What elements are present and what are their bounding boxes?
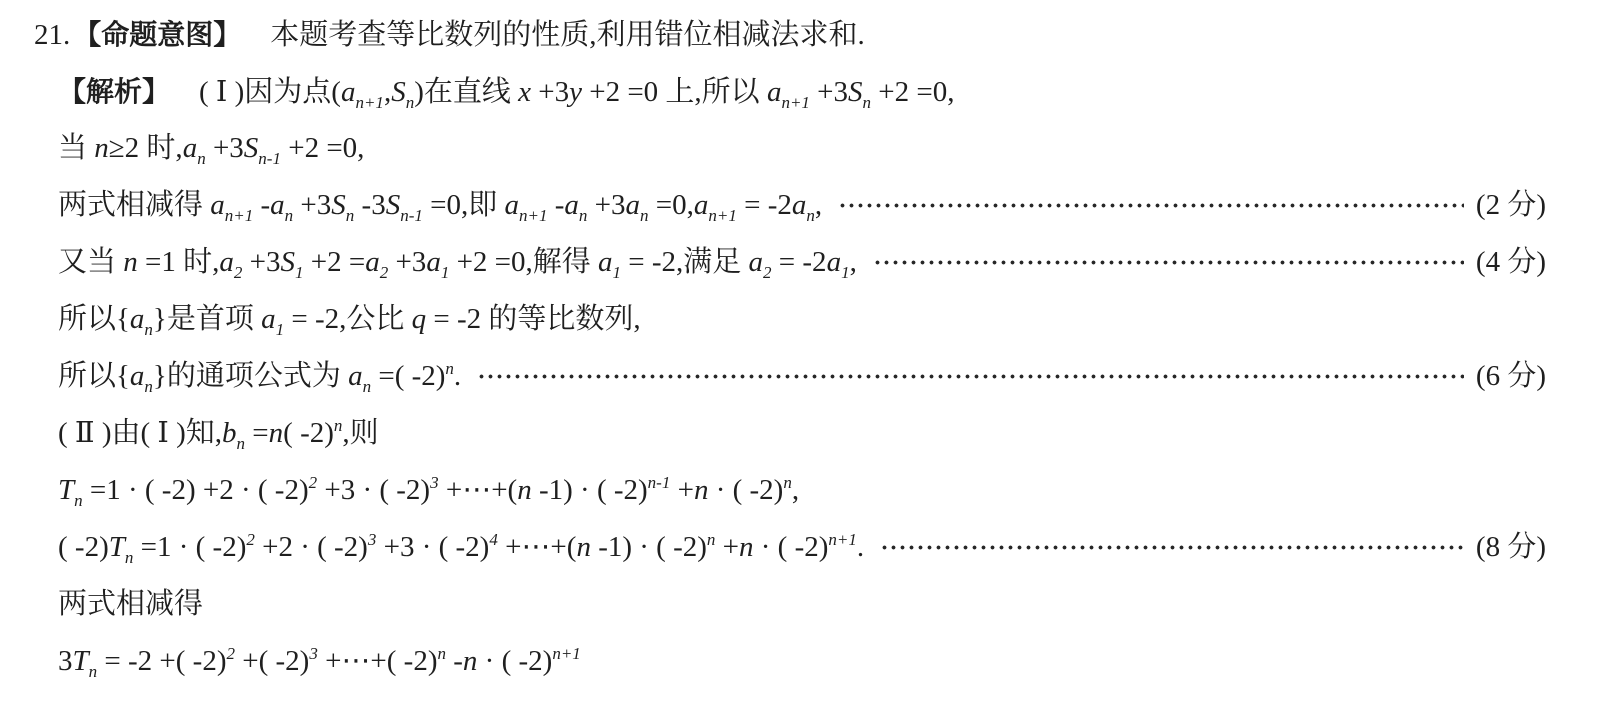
text-run: = -2 bbox=[772, 234, 827, 291]
text-run: a bbox=[426, 234, 441, 291]
text-run: -3 bbox=[354, 177, 385, 234]
text-run: )在直线 bbox=[414, 64, 518, 121]
text-run: a bbox=[219, 234, 234, 291]
text-run: +3 bbox=[810, 64, 848, 121]
text-run: ≥2 时, bbox=[109, 120, 183, 177]
text-run: = -2,满足 bbox=[621, 234, 749, 291]
text-run: n bbox=[576, 519, 591, 576]
text-run: a bbox=[564, 177, 579, 234]
text-run: · ( -2) bbox=[754, 519, 829, 576]
text-run: a bbox=[767, 64, 782, 121]
text-run: n bbox=[739, 519, 754, 576]
text-run: +⋯+( -2) bbox=[318, 633, 438, 690]
text-run: +( -2) bbox=[235, 633, 309, 690]
text-run: -1) · ( -2) bbox=[532, 462, 648, 519]
text-run: 本题考查等比数列的性质,利用错位相减法求和. bbox=[241, 7, 865, 64]
text-run: T bbox=[58, 462, 74, 519]
text-run: ( Ⅱ )由( Ⅰ )知, bbox=[58, 405, 222, 462]
text-run: T bbox=[109, 519, 125, 576]
text-run: a bbox=[365, 234, 380, 291]
text-run: }的通项公式为 bbox=[153, 348, 348, 405]
text-run: = bbox=[245, 405, 269, 462]
text-run: a bbox=[270, 177, 285, 234]
text-run: = -2 bbox=[737, 177, 792, 234]
text-run: +3 bbox=[531, 64, 569, 121]
text-run: T bbox=[73, 633, 89, 690]
text-run: =1 · ( -2) bbox=[133, 519, 246, 576]
text-run: a bbox=[341, 64, 356, 121]
text-run: a bbox=[827, 234, 842, 291]
line-n-equals-1: 又当 n =1 时,a2 +3S1 +2 =a2 +3a1 +2 =0,解得 a… bbox=[58, 234, 1546, 291]
text-run: S bbox=[244, 120, 259, 177]
text-run: b bbox=[222, 405, 237, 462]
text-run: S bbox=[386, 177, 401, 234]
line-subtract-again: 两式相减得 bbox=[58, 576, 1546, 633]
text-run: - bbox=[547, 177, 564, 234]
text-run: · ( -2) bbox=[477, 633, 552, 690]
text-run: S bbox=[331, 177, 346, 234]
text-run: +2 =0, bbox=[281, 120, 364, 177]
text-run: . bbox=[857, 519, 864, 576]
text-run: a bbox=[598, 234, 613, 291]
text-run: ,则 bbox=[342, 405, 378, 462]
text-run: +2 = bbox=[303, 234, 365, 291]
text-run: +3 · ( -2) bbox=[376, 519, 489, 576]
solution-document: 21.【命题意图】 本题考查等比数列的性质,利用错位相减法求和.【解析】 ( Ⅰ… bbox=[0, 0, 1622, 706]
text-run: , bbox=[384, 64, 391, 121]
line-topic-intent: 21.【命题意图】 本题考查等比数列的性质,利用错位相减法求和. bbox=[58, 6, 1546, 63]
text-run: 当 bbox=[58, 120, 94, 177]
text-run: n bbox=[269, 405, 284, 462]
text-run: . bbox=[454, 348, 461, 405]
text-run: a bbox=[749, 234, 764, 291]
line-part2-intro: ( Ⅱ )由( Ⅰ )知,bn =n( -2)n,则 bbox=[58, 405, 1546, 462]
text-run: - bbox=[446, 633, 463, 690]
text-run: +2 · ( -2) bbox=[255, 519, 368, 576]
text-run: +2 =0,解得 bbox=[449, 234, 598, 291]
section-label: 【命题意图】 bbox=[73, 6, 241, 63]
score-badge: (2 分) bbox=[1476, 177, 1546, 234]
text-run: n bbox=[94, 120, 109, 177]
text-run: =1 · ( -2) +2 · ( -2) bbox=[83, 462, 309, 519]
text-run: a bbox=[261, 291, 276, 348]
text-run: · ( -2) bbox=[708, 462, 783, 519]
text-run: =0,即 bbox=[423, 177, 505, 234]
text-run: 所以{ bbox=[58, 291, 130, 348]
text-run: + bbox=[715, 519, 739, 576]
text-run: +2 =0, bbox=[871, 64, 954, 121]
line-n-geq-2: 当 n≥2 时,an +3Sn-1 +2 =0, bbox=[58, 120, 1546, 177]
problem-number: 21. bbox=[34, 7, 70, 64]
dot-leader bbox=[873, 259, 1464, 266]
text-run: 3 bbox=[58, 633, 73, 690]
text-run: 两式相减得 bbox=[58, 576, 203, 633]
text-run: 两式相减得 bbox=[58, 177, 210, 234]
text-run: +3 bbox=[206, 120, 244, 177]
line-general-term: 所以{an}的通项公式为 an =( -2)n.(6 分) bbox=[58, 348, 1546, 405]
text-run: +3 bbox=[293, 177, 331, 234]
text-run: +⋯+( bbox=[439, 462, 518, 519]
line-subtract-recurrence: 两式相减得 an+1 -an +3Sn -3Sn-1 =0,即 an+1 -an… bbox=[58, 177, 1546, 234]
text-run: a bbox=[792, 177, 807, 234]
text-run: ( -2) bbox=[58, 519, 109, 576]
text-run: =1 时, bbox=[138, 234, 220, 291]
line-geometric-sequence: 所以{an}是首项 a1 = -2,公比 q = -2 的等比数列, bbox=[58, 291, 1546, 348]
line-analysis-part1: 【解析】 ( Ⅰ )因为点(an+1,Sn)在直线 x +3y +2 =0 上,… bbox=[58, 63, 1546, 120]
text-run: q bbox=[412, 291, 427, 348]
line-3Tn-result: 3Tn = -2 +( -2)2 +( -2)3 +⋯+( -2)n -n · … bbox=[58, 633, 1546, 690]
text-run: a bbox=[504, 177, 519, 234]
text-run: a bbox=[210, 177, 225, 234]
text-run: y bbox=[569, 64, 582, 121]
text-run: a bbox=[348, 348, 363, 405]
text-run: = -2 +( -2) bbox=[97, 633, 226, 690]
text-run: n bbox=[463, 633, 478, 690]
text-run: a bbox=[626, 177, 641, 234]
text-run: a bbox=[130, 291, 145, 348]
text-run: n bbox=[517, 462, 532, 519]
text-run: +3 bbox=[388, 234, 426, 291]
text-run: +3 · ( -2) bbox=[317, 462, 430, 519]
score-badge: (8 分) bbox=[1476, 519, 1546, 576]
text-run: = -2 的等比数列, bbox=[426, 291, 641, 348]
line-Tn-expansion: Tn =1 · ( -2) +2 · ( -2)2 +3 · ( -2)3 +⋯… bbox=[58, 462, 1546, 519]
text-run: - bbox=[253, 177, 270, 234]
text-run: +⋯+( bbox=[498, 519, 577, 576]
text-run: , bbox=[815, 177, 822, 234]
text-run: S bbox=[848, 64, 863, 121]
dot-leader bbox=[477, 373, 1464, 380]
text-run: a bbox=[694, 177, 709, 234]
text-run: 所以{ bbox=[58, 348, 130, 405]
dot-leader bbox=[880, 544, 1464, 551]
text-run: , bbox=[792, 462, 799, 519]
score-badge: (6 分) bbox=[1476, 348, 1546, 405]
text-run: =0, bbox=[649, 177, 694, 234]
section-label: 【解析】 bbox=[58, 63, 170, 120]
text-run: =( -2) bbox=[371, 348, 445, 405]
text-run: -1) · ( -2) bbox=[591, 519, 707, 576]
text-run: S bbox=[391, 64, 406, 121]
text-run: , bbox=[850, 234, 857, 291]
text-run: 又当 bbox=[58, 234, 123, 291]
text-run: S bbox=[280, 234, 295, 291]
text-run: +3 bbox=[242, 234, 280, 291]
text-run: }是首项 bbox=[153, 291, 261, 348]
text-run: +3 bbox=[587, 177, 625, 234]
text-run: a bbox=[130, 348, 145, 405]
text-run: ( -2) bbox=[283, 405, 334, 462]
text-run: n bbox=[694, 462, 709, 519]
text-run: ( Ⅰ )因为点( bbox=[170, 64, 341, 121]
line-minus2Tn-expansion: ( -2)Tn =1 · ( -2)2 +2 · ( -2)3 +3 · ( -… bbox=[58, 519, 1546, 576]
text-run: a bbox=[183, 120, 198, 177]
text-run: +2 =0 上,所以 bbox=[582, 64, 767, 121]
text-run: + bbox=[670, 462, 694, 519]
dot-leader bbox=[838, 202, 1464, 209]
text-run: n bbox=[123, 234, 138, 291]
text-run: = -2,公比 bbox=[284, 291, 412, 348]
text-run: x bbox=[518, 64, 531, 121]
score-badge: (4 分) bbox=[1476, 234, 1546, 291]
